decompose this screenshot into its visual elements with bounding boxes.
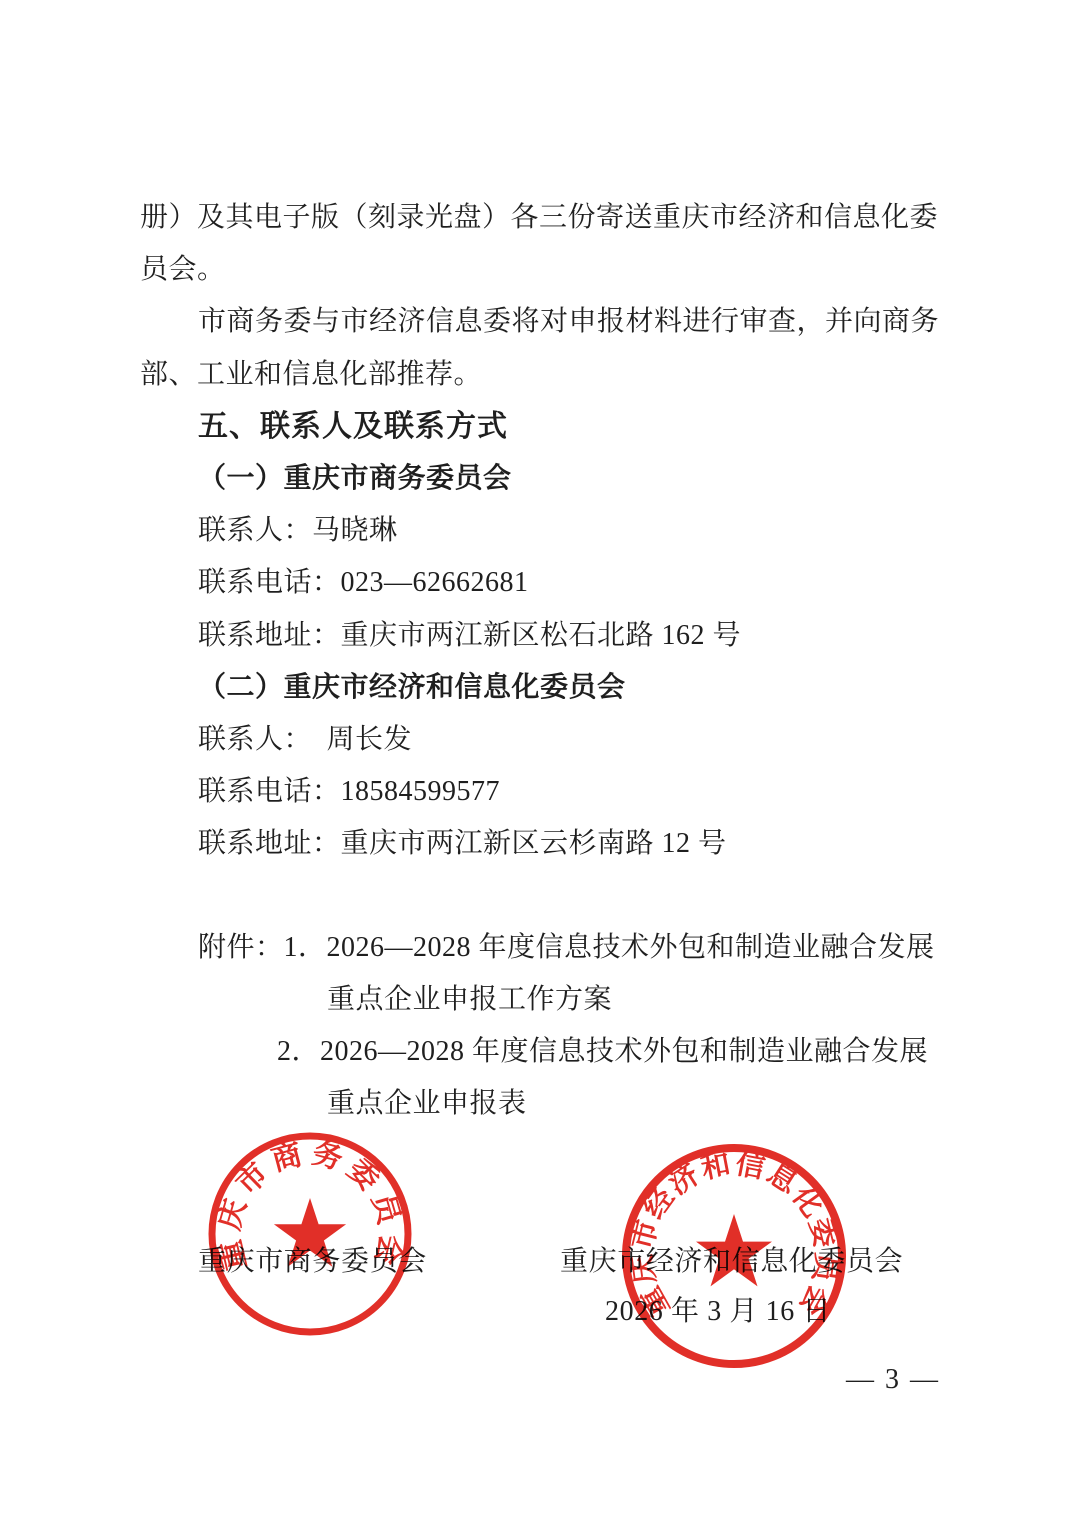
attachment-item1-line2: 重点企业申报工作方案 [327,974,612,1026]
right-official-seal: 重庆市经济和信息化委员会 [614,1136,854,1376]
org1-phone-line: 联系电话：023—62662681 [198,557,529,609]
body-line-p2-2: 部、工业和信息化部推荐。 [140,349,482,401]
org2-address-line: 联系地址：重庆市两江新区云杉南路 12 号 [198,818,727,870]
body-line-p2-1: 市商务委与市经济信息委将对申报材料进行审查，并向商务 [198,296,939,348]
document-page: 册）及其电子版（刻录光盘）各三份寄送重庆市经济和信息化委 员会。 市商务委与市经… [0,0,1074,1520]
org1-heading: （一）重庆市商务委员会 [198,453,512,505]
right-seal-star-icon [696,1214,772,1286]
org2-phone-line: 联系电话：18584599577 [198,766,500,818]
attachment-line-1: 附件：1．2026—2028 年度信息技术外包和制造业融合发展 [198,922,935,974]
attachment-item2-line1: 2．2026—2028 年度信息技术外包和制造业融合发展 [277,1026,928,1078]
body-line-p1-2: 员会。 [140,244,226,296]
attachment-label: 附件： [198,932,284,963]
body-line-p1-1: 册）及其电子版（刻录光盘）各三份寄送重庆市经济和信息化委 [140,192,938,244]
left-official-seal: 重庆市商务委员会 [200,1124,420,1344]
page-number: — 3 — [846,1354,940,1406]
left-seal-star-icon [274,1198,346,1267]
section-heading: 五、联系人及联系方式 [198,401,508,453]
attachment-item2-line2: 重点企业申报表 [327,1078,527,1130]
org1-address-line: 联系地址：重庆市两江新区松石北路 162 号 [198,610,741,662]
org2-heading: （二）重庆市经济和信息化委员会 [198,662,626,714]
attachment-item1-line1: 1．2026—2028 年度信息技术外包和制造业融合发展 [284,932,935,963]
org1-contact-line: 联系人：马晓琳 [198,505,398,557]
org2-contact-line: 联系人： 周长发 [198,714,412,766]
